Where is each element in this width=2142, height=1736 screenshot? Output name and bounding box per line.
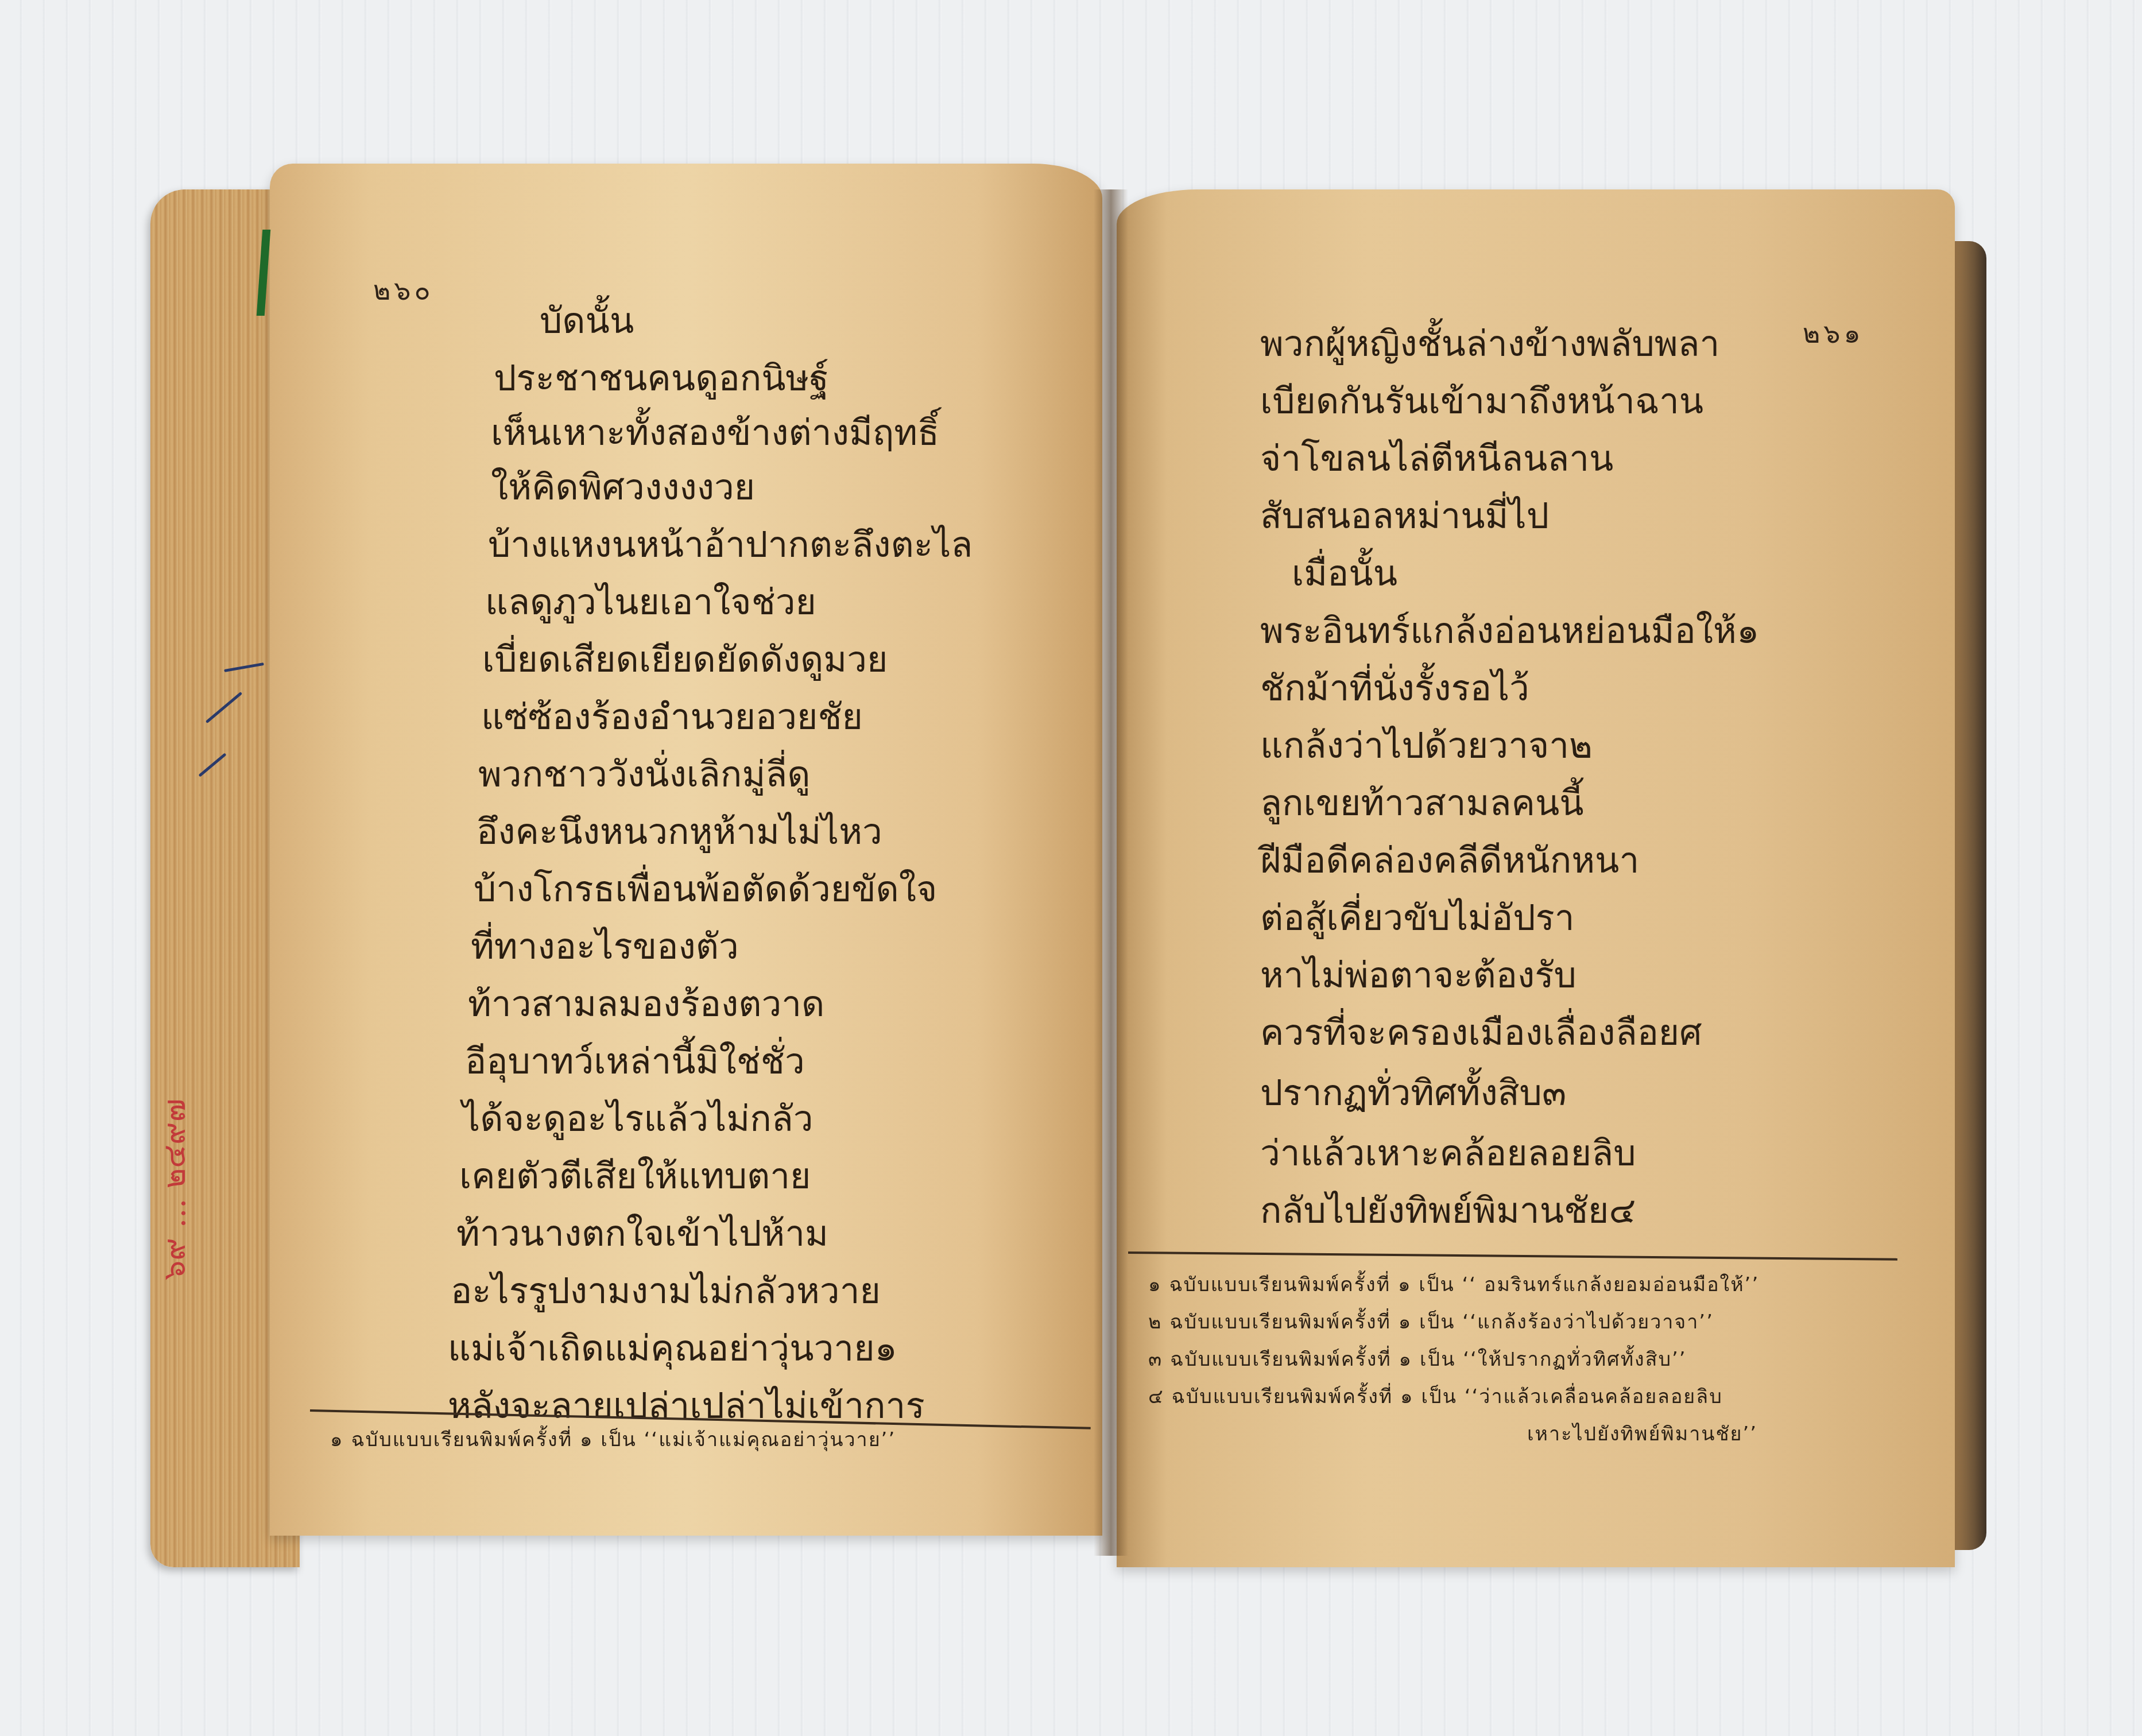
verse-line: ชักม้าที่นั่งรั้งรอไว้ <box>1260 660 1529 716</box>
verse-line: เห็นเหาะทั้งสองข้างต่างมีฤทธิ์ <box>491 405 939 461</box>
open-book: ๖๙ ... ๒๔๙๗ ๒๖๐ บัดนั้น ประชาชนคนดูอกนิษ… <box>0 0 2142 1736</box>
verse-line: บ้างโกรธเพื่อนพ้อตัดด้วยขัดใจ <box>474 861 937 917</box>
verse-line: ฝีมือดีคล่องคลีดีหนักหนา <box>1260 832 1639 889</box>
verse-line: แซ่ซ้องร้องอำนวยอวยชัย <box>481 689 863 745</box>
verse-line: แกล้งว่าไปด้วยวาจา๒ <box>1260 718 1593 774</box>
verse-line: ต่อสู้เคี่ยวขับไม่อัปรา <box>1260 890 1575 946</box>
footnote: ๓ ฉบับแบบเรียนพิมพ์ครั้งที่ ๑ เป็น ‘‘ให้… <box>1148 1343 1687 1374</box>
left-page-number: ๒๖๐ <box>373 270 434 312</box>
verse-line: ประชาชนคนดูอกนิษฐ์ <box>494 350 829 406</box>
verse-line: เบี่ยดเสียดเยียดยัดดังดูมวย <box>482 631 888 688</box>
verse-line: พวกผู้หญิงชั้นล่างข้างพลับพลา <box>1260 316 1719 372</box>
verse-line: ได้จะดูอะไรแล้วไม่กลัว <box>462 1091 814 1147</box>
verse-line: อะไรรูปงามงามไม่กลัวหวาย <box>451 1263 881 1319</box>
verse-line: แม่เจ้าเถิดแม่คุณอย่าวุ่นวาย๑ <box>448 1320 897 1377</box>
verse-line: ควรที่จะครองเมืองเลื่องลือยศ <box>1260 1005 1702 1061</box>
verse-line: อึงคะนึงหนวกหูห้ามไม่ไหว <box>477 804 882 860</box>
edge-handwriting-red: ๖๙ ... ๒๔๙๗ <box>149 1099 199 1280</box>
verse-line: ว่าแล้วเหาะคล้อยลอยลิบ <box>1260 1125 1636 1181</box>
verse-line: เบียดกันรันเข้ามาถึงหน้าฉาน <box>1260 373 1703 429</box>
right-heading: เมื่อนั้น <box>1292 545 1397 602</box>
footnote: ๒ ฉบับแบบเรียนพิมพ์ครั้งที่ ๑ เป็น ‘‘แกล… <box>1148 1306 1714 1337</box>
verse-line: จ่าโขลนไล่ตีหนีลนลาน <box>1260 431 1613 487</box>
verse-line: กลับไปยังทิพย์พิมานชัย๔ <box>1260 1183 1636 1239</box>
verse-line: สับสนอลหม่านมี่ไป <box>1260 488 1549 544</box>
left-heading: บัดนั้น <box>540 293 634 349</box>
right-page-number: ๒๖๑ <box>1803 313 1864 355</box>
verse-line: บ้างแหงนหน้าอ้าปากตะลึงตะไล <box>488 517 973 573</box>
verse-line: ที่ทางอะไรของตัว <box>471 919 739 975</box>
book-gutter-shadow <box>1094 189 1128 1556</box>
verse-line: ปรากฏทั่วทิศทั้งสิบ๓ <box>1260 1065 1566 1121</box>
verse-line: ท้าวนางตกใจเข้าไปห้าม <box>456 1206 828 1262</box>
verse-line: อีอุบาทว์เหล่านี้มิใช่ชั่ว <box>465 1033 805 1090</box>
verse-line: ท้าวสามลมองร้องตวาด <box>468 976 824 1032</box>
footnote: ๑ ฉบับแบบเรียนพิมพ์ครั้งที่ ๑ เป็น ‘‘แม่… <box>330 1424 896 1455</box>
verse-line: พระอินทร์แกล้งอ่อนหย่อนมือให้๑ <box>1260 603 1759 659</box>
verse-line: ให้คิดพิศวงงงงวย <box>491 459 755 516</box>
footnote-continuation: เหาะไปยังทิพย์พิมานชัย’’ <box>1527 1418 1757 1449</box>
footnote: ๑ ฉบับแบบเรียนพิมพ์ครั้งที่ ๑ เป็น ‘‘ อม… <box>1148 1269 1759 1300</box>
verse-line: เคยตัวตีเสียให้แทบตาย <box>459 1148 811 1204</box>
verse-line: ลูกเขยท้าวสามลคนนี้ <box>1260 775 1584 831</box>
verse-line: แลดูภูวไนยเอาใจช่วย <box>485 574 816 630</box>
verse-line: หาไม่พ่อตาจะต้องรับ <box>1260 947 1577 1003</box>
verse-line: พวกชาววังนั่งเลิกมู่ลี่ดู <box>478 746 811 803</box>
footnote: ๔ ฉบับแบบเรียนพิมพ์ครั้งที่ ๑ เป็น ‘‘ว่า… <box>1148 1381 1723 1412</box>
